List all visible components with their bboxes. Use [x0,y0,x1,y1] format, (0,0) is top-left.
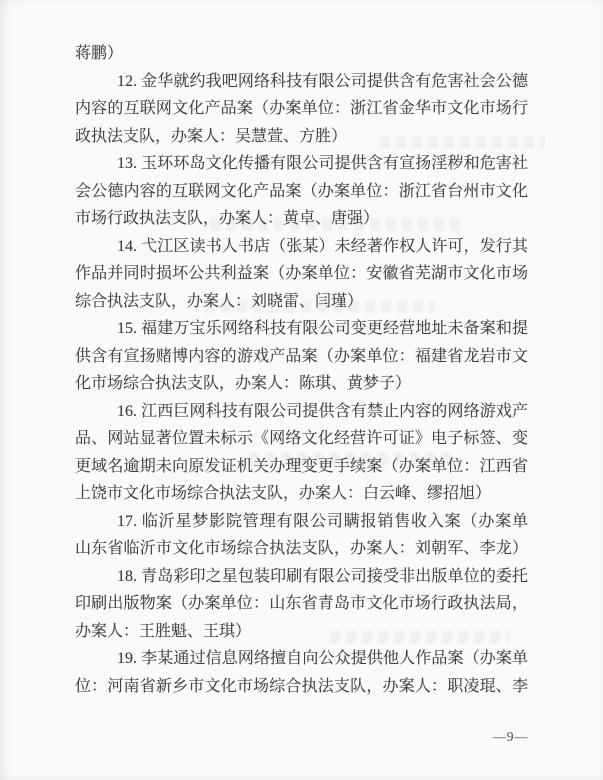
page-number: —9— [0,729,528,745]
text-line: 内容的互联网文化产品案（办案单位：浙江省金华市文化市场行 [75,95,528,123]
text-line: 18. 青岛彩印之星包装印刷有限公司接受非出版单位的委托 [75,563,528,591]
text-line: 山东省临沂市文化市场综合执法支队，办案人：刘朝军、李龙） [75,535,528,563]
text-line: 作品并同时损坏公共利益案（办案单位：安徽省芜湖市文化市场 [75,260,528,288]
text-line: 16. 江西巨网科技有限公司提供含有禁止内容的网络游戏产 [75,398,528,426]
text-line: 综合执法支队，办案人：刘晓雷、闫瑾） [75,288,528,316]
text-line: 位：河南省新乡市文化市场综合执法支队，办案人：职凌琨、李 [75,673,528,701]
text-line: 更域名逾期未向原发证机关办理变更手续案（办案单位：江西省 [75,453,528,481]
text-line: 品、网站显著位置未标示《网络文化经营许可证》电子标签、变 [75,425,528,453]
text-line: 政执法支队，办案人：吴慧萱、方胜） [75,123,528,151]
document-body-text: 蒋鹏）12. 金华就约我吧网络科技有限公司提供含有危害社会公德内容的互联网文化产… [75,40,528,700]
text-line: 19. 李某通过信息网络擅自向公众提供他人作品案（办案单 [75,645,528,673]
text-line: 会公德内容的互联网文化产品案（办案单位：浙江省台州市文化 [75,178,528,206]
document-page: { "document": { "page_number": "—9—", "p… [0,0,603,780]
text-line: 办案人：王胜魁、王琪） [75,618,528,646]
text-line: 印刷出版物案（办案单位：山东省青岛市文化市场行政执法局， [75,590,528,618]
text-line: 12. 金华就约我吧网络科技有限公司提供含有危害社会公德 [75,68,528,96]
text-line: 蒋鹏） [75,40,528,68]
text-line: 供含有宣扬赌博内容的游戏产品案（办案单位：福建省龙岩市文 [75,343,528,371]
text-line: 15. 福建万宝乐网络科技有限公司变更经营地址未备案和提 [75,315,528,343]
text-line: 17. 临沂星梦影院管理有限公司瞒报销售收入案（办案单位： [75,508,528,536]
text-line: 13. 玉环环岛文化传播有限公司提供含有宣扬淫秽和危害社 [75,150,528,178]
text-line: 上饶市文化市场综合执法支队，办案人：白云峰、缪招旭） [75,480,528,508]
text-line: 市场行政执法支队，办案人：黄卓、唐强） [75,205,528,233]
scanned-page: 蒋鹏）12. 金华就约我吧网络科技有限公司提供含有危害社会公德内容的互联网文化产… [0,0,603,780]
text-line: 化市场综合执法支队，办案人：陈琪、黄梦子） [75,370,528,398]
text-line: 14. 弋江区读书人书店（张某）未经著作权人许可，发行其 [75,233,528,261]
